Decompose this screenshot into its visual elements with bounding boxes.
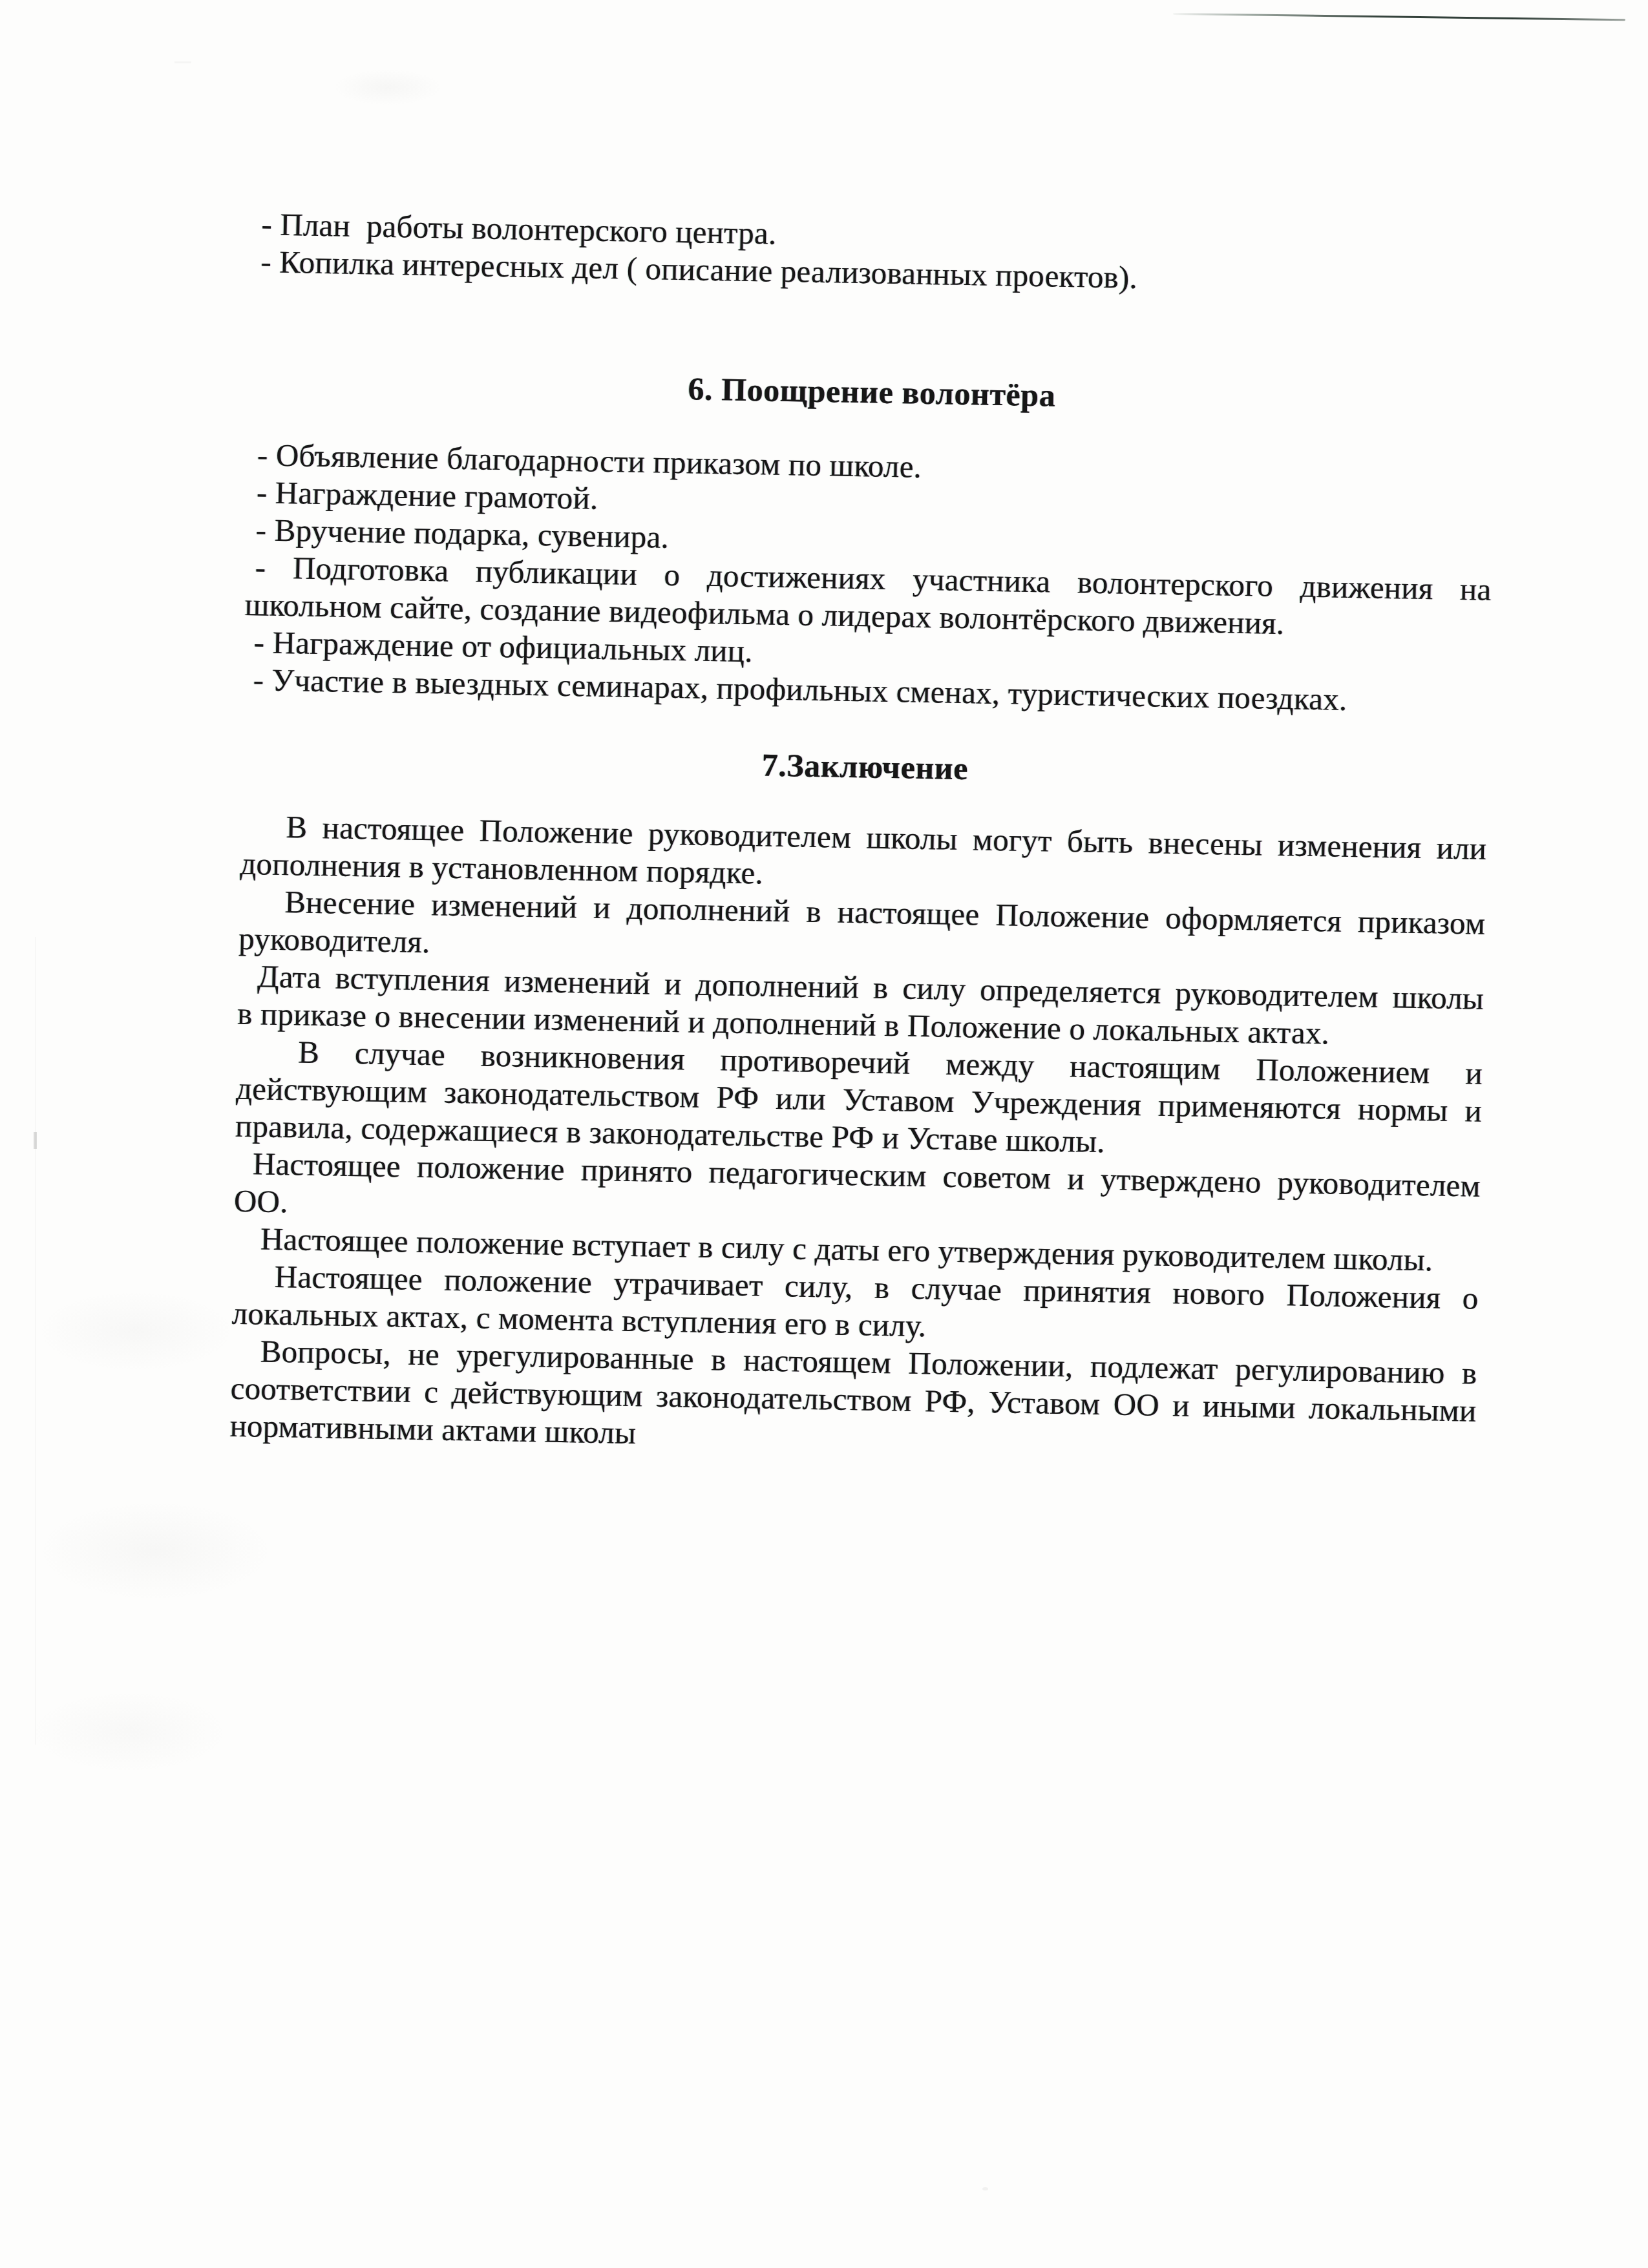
section-6-list: - Объявление благодарности приказом по ш… [243,436,1494,721]
scanned-page: - План работы волонтерского центра.- Коп… [0,0,1648,2268]
section-6-heading: 6. Поощрение волонтёра [249,362,1495,422]
section-7-heading: 7.Заключение [242,737,1488,797]
scan-speck [982,2187,988,2190]
intro-list: - План работы волонтерского центра.- Коп… [251,205,1498,303]
scan-smudge [36,937,36,1745]
section-7-paragraphs: В настоящее Положение руководителем школ… [229,808,1487,1467]
scan-artifact-line [1173,13,1625,21]
document-text-column: - План работы волонтерского центра.- Коп… [229,205,1497,1467]
scan-speck [174,61,191,63]
